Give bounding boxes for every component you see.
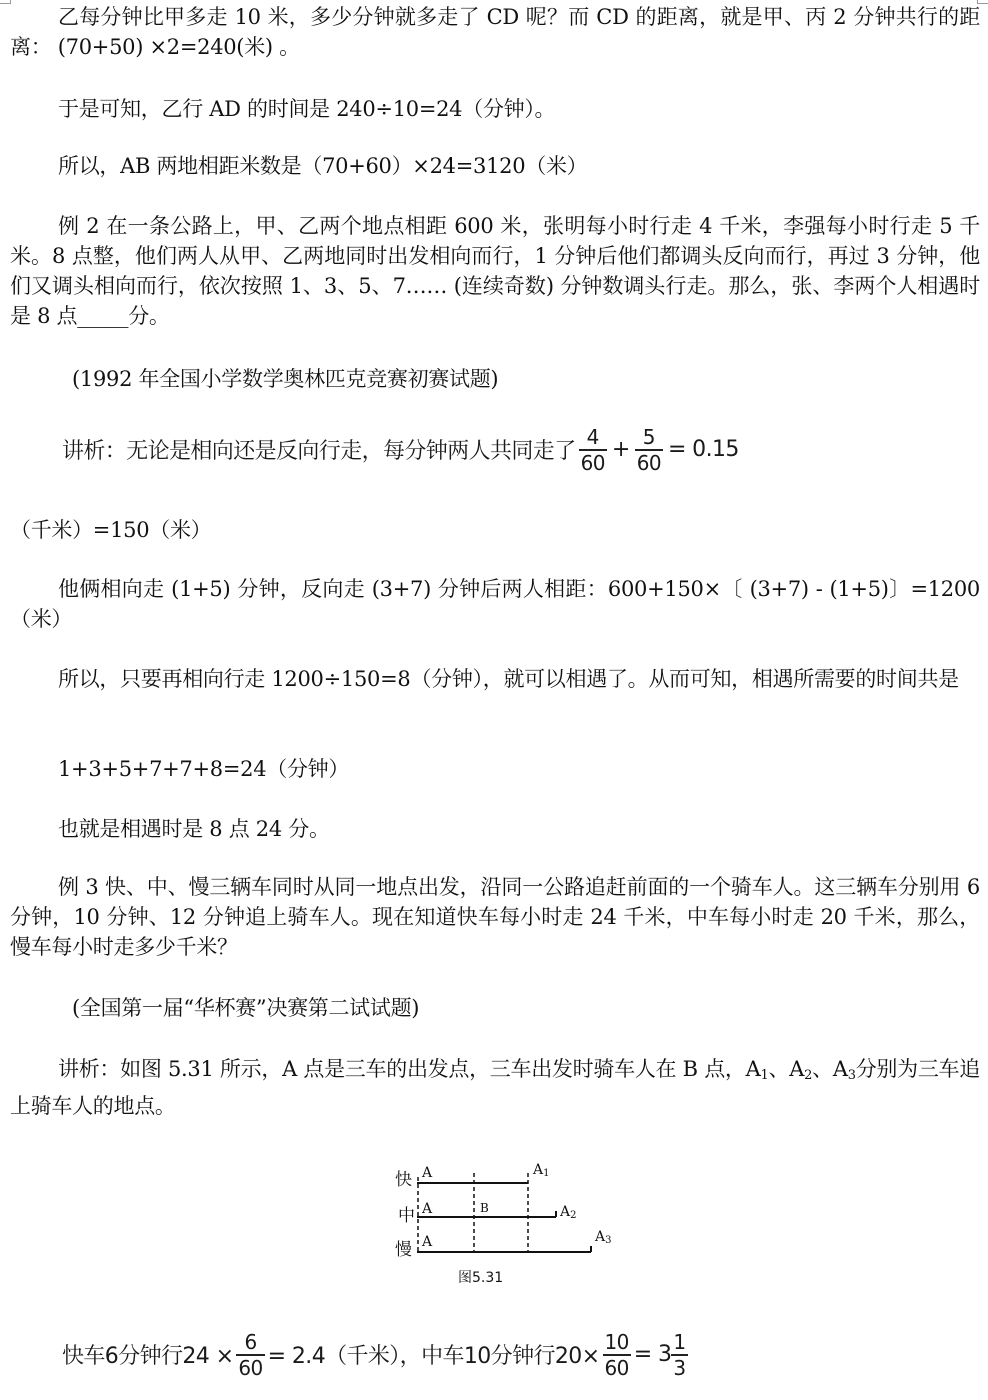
svg-text:A: A — [421, 1234, 433, 1250]
paragraph-8: 所以，只要再相向行走 1200÷150=8（分钟），就可以相遇了。从而可知，相遇… — [10, 664, 980, 694]
fraction-6-60: 6 60 — [236, 1330, 264, 1380]
paragraph-13: 讲析：如图 5.31 所示，A 点是三车的出发点，三车出发时骑车人在 B 点，A… — [10, 1054, 980, 1121]
svg-text:A2: A2 — [559, 1204, 577, 1221]
figure-5-31-diagram: 快 中 慢 A A A B A1 A2 A3 图5.31 — [390, 1155, 630, 1290]
example-3-problem: 例 3 快、中、慢三辆车同时从同一地点出发，沿同一公路追赶前面的一个骑车人。这三… — [10, 872, 980, 962]
formula-combined-speed: 讲析：无论是相向还是反向行走，每分钟两人共同走了 4 60 + 5 60 = 0… — [62, 425, 741, 475]
fraction-4-60: 4 60 — [579, 425, 607, 475]
fraction-10-60: 10 60 — [603, 1330, 631, 1380]
example-3-source: (全国第一届“华杯赛”决赛第二试试题) — [72, 993, 972, 1023]
svg-text:A3: A3 — [594, 1229, 612, 1246]
paragraph-2: 于是可知，乙行 AD 的时间是 240÷10=24（分钟）。 — [10, 94, 980, 124]
paragraph-3: 所以，AB 两地相距米数是（70+60）×24=3120（米） — [10, 151, 980, 181]
row-label-slow: 慢 — [395, 1240, 412, 1260]
paragraph-10: 也就是相遇时是 8 点 24 分。 — [10, 814, 980, 844]
svg-text:A1: A1 — [532, 1162, 550, 1179]
figure-caption: 图5.31 — [458, 1267, 503, 1287]
paragraph-7: 他俩相向走 (1+5) 分钟，反向走 (3+7) 分钟后两人相距：600+150… — [10, 574, 980, 634]
fraction-1-3: 1 3 — [671, 1330, 687, 1380]
row-label-medium: 中 — [398, 1206, 415, 1226]
paragraph-6: （千米）=150（米） — [10, 515, 980, 545]
svg-text:A: A — [421, 1165, 433, 1181]
formula-car-distances: 快车6分钟行24 × 6 60 = 2.4（千米），中车10分钟行20× 10 … — [62, 1330, 691, 1380]
formula-prefix: 讲析：无论是相向还是反向行走，每分钟两人共同走了 — [62, 434, 576, 465]
example-2-problem: 例 2 在一条公路上，甲、乙两个地点相距 600 米，张明每小时行走 4 千米，… — [10, 211, 980, 331]
paragraph-9: 1+3+5+7+7+8=24（分钟） — [10, 754, 980, 784]
paragraph-1: 乙每分钟比甲多走 10 米，多少分钟就多走了 CD 呢？而 CD 的距离，就是甲… — [10, 2, 980, 62]
row-label-fast: 快 — [395, 1170, 412, 1190]
example-2-source: (1992 年全国小学数学奥林匹克竞赛初赛试题) — [72, 364, 972, 394]
svg-text:A: A — [421, 1201, 433, 1217]
svg-text:B: B — [480, 1201, 489, 1215]
fraction-5-60: 5 60 — [635, 425, 663, 475]
